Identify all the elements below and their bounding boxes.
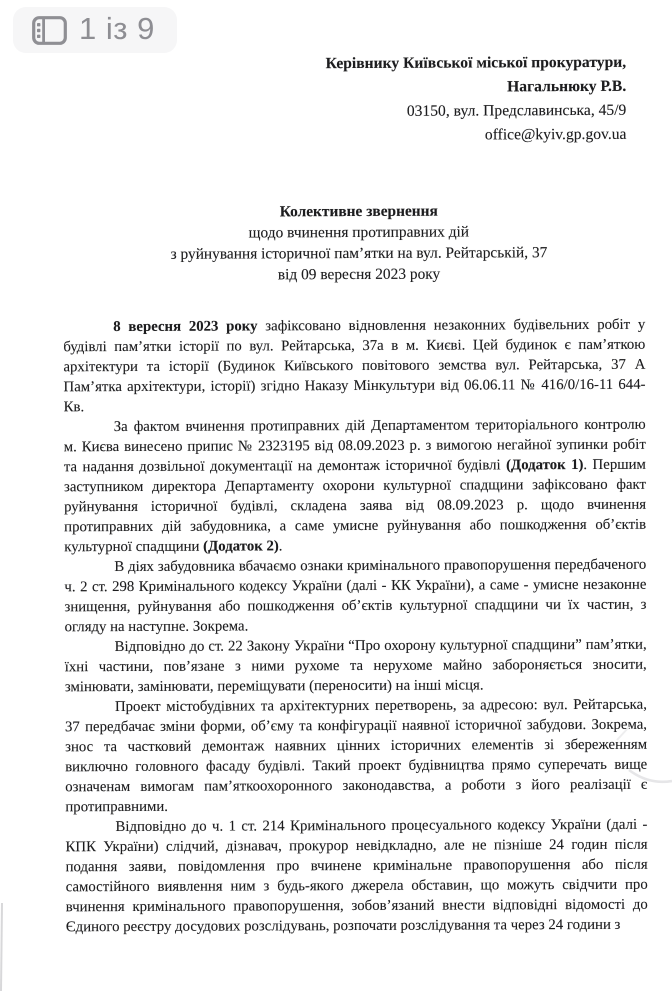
recipient-line: Нагальнюку Р.В. [62,75,626,101]
document-subtitle: з руйнування історичної пам’ятки на вул.… [73,242,645,265]
document-body: 8 вересня 2023 року зафіксовано відновле… [63,315,648,938]
paragraph-text-run: 8 вересня 2023 року [113,318,257,335]
recipient-email: office@kyiv.gp.gov.ua [62,123,626,149]
document-subtitle: щодо вчинення протиправних дій [73,221,645,244]
recipient-block: Керівнику Київської міської прокуратури,… [62,51,644,150]
document-date: від 09 вересня 2023 року [73,263,645,286]
paragraph-text-run: Відповідно до ч. 1 ст. 214 Кримінального… [65,817,647,936]
document-title-block: Колективне звернення щодо вчинення проти… [73,200,645,286]
paragraph-text-run: Проект містобудівних та архітектурних пе… [65,697,647,816]
paragraph: 8 вересня 2023 року зафіксовано відновле… [63,315,645,418]
recipient-line: Керівнику Київської міської прокуратури, [62,51,626,77]
paragraph: В діях забудовника вбачаємо ознаки кримі… [64,555,646,638]
paragraph-text-run: . [279,538,283,554]
paragraph-text-run: (Додаток 2) [203,538,279,554]
document-page: Керівнику Київської міської прокуратури,… [62,0,648,991]
paragraph-text-run: (Додаток 1) [506,457,583,473]
recipient-line: 03150, вул. Предславинська, 45/9 [62,99,626,125]
paragraph: Проект містобудівних та архітектурних пе… [65,695,648,818]
document-viewer: 1 із 9 Керівнику Київської міської проку… [0,0,672,991]
paragraph-text-run: Відповідно до ст. 22 Закону України “Про… [65,637,647,696]
paragraph: За фактом вчинення протиправних дій Депа… [64,415,647,558]
document-title: Колективне звернення [73,200,645,223]
paragraph-text-run: В діях забудовника вбачаємо ознаки кримі… [64,557,646,636]
paragraph: Відповідно до ч. 1 ст. 214 Кримінального… [65,815,648,938]
paragraph: Відповідно до ст. 22 Закону України “Про… [65,635,647,698]
